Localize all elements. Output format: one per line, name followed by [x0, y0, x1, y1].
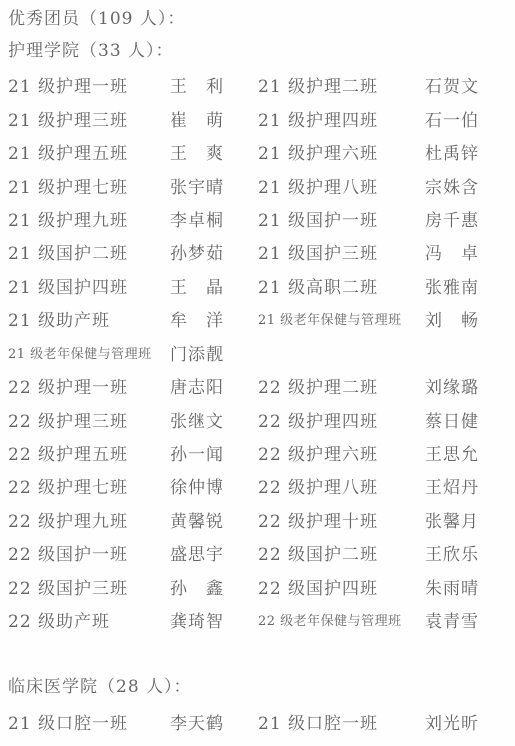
left-member-name: 孙 鑫 — [170, 574, 258, 599]
left-class-label: 21 级护理九班 — [8, 206, 170, 231]
right-member-name: 杜禹锌 — [425, 139, 509, 164]
member-row: 21 级护理五班 王 爽 21 级护理六班 杜禹锌 — [8, 135, 509, 168]
member-rows: 21 级口腔一班 李天鹤 21 级口腔一班 刘光昕 — [8, 704, 509, 737]
member-row: 21 级国护四班 王 晶 21 级高职二班 张雅南 — [8, 269, 509, 302]
left-class-label: 21 级护理一班 — [8, 72, 170, 97]
right-class-label: 22 级护理四班 — [258, 407, 425, 432]
right-member-name: 石贺文 — [425, 72, 509, 97]
left-class-label: 22 级护理九班 — [8, 507, 170, 532]
section-heading: 临床医学院（28 人）： — [8, 668, 509, 700]
right-member-name: 王思允 — [425, 440, 509, 465]
left-member-name: 牟 洋 — [170, 306, 258, 331]
right-member-name: 朱雨晴 — [425, 574, 509, 599]
member-row: 22 级国护三班 孙 鑫 22 级国护四班 朱雨晴 — [8, 570, 509, 603]
left-member-name: 李天鹤 — [170, 709, 258, 734]
right-class-label: 22 级护理六班 — [258, 440, 425, 465]
left-member-name: 孙梦茹 — [170, 239, 258, 264]
left-member-name: 唐志阳 — [170, 373, 258, 398]
right-member-name: 刘 畅 — [425, 306, 509, 331]
member-row: 22 级国护一班 盛思宇 22 级国护二班 王欣乐 — [8, 536, 509, 569]
right-member-name: 宗姝含 — [425, 173, 509, 198]
left-member-name: 李卓桐 — [170, 206, 258, 231]
left-member-name: 王 爽 — [170, 139, 258, 164]
right-class-label: 21 级护理六班 — [258, 139, 425, 164]
right-member-name: 蔡日健 — [425, 407, 509, 432]
document-page: 优秀团员（109 人）： 护理学院（33 人）： 21 级护理一班 王 利 21… — [0, 0, 515, 746]
right-member-name: 房千惠 — [425, 206, 509, 231]
member-row: 22 级护理三班 张继文 22 级护理四班 蔡日健 — [8, 402, 509, 435]
left-member-name: 孙一闻 — [170, 440, 258, 465]
left-class-label: 21 级护理七班 — [8, 173, 170, 198]
sections-container: 护理学院（33 人）： 21 级护理一班 王 利 21 级护理二班 石贺文 21… — [8, 32, 509, 738]
left-member-name: 黄馨锐 — [170, 507, 258, 532]
right-class-label: 21 级老年保健与管理班 — [258, 309, 425, 328]
right-member-name: 刘光昕 — [425, 709, 509, 734]
member-rows: 21 级护理一班 王 利 21 级护理二班 石贺文 21 级护理三班 崔 萌 2… — [8, 68, 509, 636]
right-class-label: 21 级护理二班 — [258, 72, 425, 97]
left-member-name: 张宇晴 — [170, 173, 258, 198]
right-class-label: 21 级护理八班 — [258, 173, 425, 198]
right-class-label: 22 级护理十班 — [258, 507, 425, 532]
right-member-name: 张雅南 — [425, 273, 509, 298]
member-row: 22 级护理五班 孙一闻 22 级护理六班 王思允 — [8, 436, 509, 469]
member-row: 21 级老年保健与管理班 门添靓 — [8, 336, 509, 369]
page-title: 优秀团员（109 人）： — [8, 0, 509, 32]
right-member-name: 刘缘璐 — [425, 373, 509, 398]
member-row: 22 级护理一班 唐志阳 22 级护理二班 刘缘璐 — [8, 369, 509, 402]
member-row: 21 级国护二班 孙梦茹 21 级国护三班 冯 卓 — [8, 235, 509, 268]
left-class-label: 22 级护理七班 — [8, 473, 170, 498]
left-class-label: 21 级口腔一班 — [8, 709, 170, 734]
left-member-name: 门添靓 — [170, 340, 258, 365]
left-class-label: 21 级国护二班 — [8, 239, 170, 264]
right-class-label: 21 级高职二班 — [258, 273, 425, 298]
left-member-name: 龚琦智 — [170, 607, 258, 632]
right-class-label: 21 级口腔一班 — [258, 709, 425, 734]
member-row: 21 级护理九班 李卓桐 21 级国护一班 房千惠 — [8, 202, 509, 235]
member-row: 22 级护理七班 徐仲博 22 级护理八班 王炤丹 — [8, 469, 509, 502]
right-member-name: 冯 卓 — [425, 239, 509, 264]
left-class-label: 22 级助产班 — [8, 607, 170, 632]
member-row: 22 级护理九班 黄馨锐 22 级护理十班 张馨月 — [8, 503, 509, 536]
left-member-name: 王 晶 — [170, 273, 258, 298]
right-class-label: 22 级国护四班 — [258, 574, 425, 599]
member-row: 21 级助产班 牟 洋 21 级老年保健与管理班 刘 畅 — [8, 302, 509, 335]
right-member-name: 张馨月 — [425, 507, 509, 532]
left-class-label: 21 级老年保健与管理班 — [8, 343, 170, 362]
member-row: 21 级护理三班 崔 萌 21 级护理四班 石一伯 — [8, 101, 509, 134]
right-class-label: 21 级国护一班 — [258, 206, 425, 231]
member-row: 21 级护理七班 张宇晴 21 级护理八班 宗姝含 — [8, 168, 509, 201]
left-member-name: 王 利 — [170, 72, 258, 97]
college-section: 临床医学院（28 人）： 21 级口腔一班 李天鹤 21 级口腔一班 刘光昕 — [8, 668, 509, 737]
right-class-label: 22 级老年保健与管理班 — [258, 610, 425, 629]
member-row: 22 级助产班 龚琦智 22 级老年保健与管理班 袁青雪 — [8, 603, 509, 636]
member-row: 21 级护理一班 王 利 21 级护理二班 石贺文 — [8, 68, 509, 101]
left-class-label: 21 级护理五班 — [8, 139, 170, 164]
left-member-name: 盛思宇 — [170, 540, 258, 565]
left-member-name: 崔 萌 — [170, 106, 258, 131]
left-class-label: 22 级护理一班 — [8, 373, 170, 398]
right-member-name: 王炤丹 — [425, 473, 509, 498]
college-section: 护理学院（33 人）： 21 级护理一班 王 利 21 级护理二班 石贺文 21… — [8, 32, 509, 636]
right-member-name: 袁青雪 — [425, 607, 509, 632]
right-class-label: 21 级国护三班 — [258, 239, 425, 264]
right-member-name: 王欣乐 — [425, 540, 509, 565]
right-member-name: 石一伯 — [425, 106, 509, 131]
member-row: 21 级口腔一班 李天鹤 21 级口腔一班 刘光昕 — [8, 704, 509, 737]
left-class-label: 21 级国护四班 — [8, 273, 170, 298]
left-member-name: 张继文 — [170, 407, 258, 432]
left-member-name: 徐仲博 — [170, 473, 258, 498]
left-class-label: 22 级国护一班 — [8, 540, 170, 565]
right-class-label: 22 级护理八班 — [258, 473, 425, 498]
right-class-label: 22 级国护二班 — [258, 540, 425, 565]
right-class-label: 22 级护理二班 — [258, 373, 425, 398]
left-class-label: 22 级护理三班 — [8, 407, 170, 432]
left-class-label: 22 级护理五班 — [8, 440, 170, 465]
section-heading: 护理学院（33 人）： — [8, 32, 509, 64]
left-class-label: 22 级国护三班 — [8, 574, 170, 599]
right-class-label: 21 级护理四班 — [258, 106, 425, 131]
left-class-label: 21 级助产班 — [8, 306, 170, 331]
left-class-label: 21 级护理三班 — [8, 106, 170, 131]
